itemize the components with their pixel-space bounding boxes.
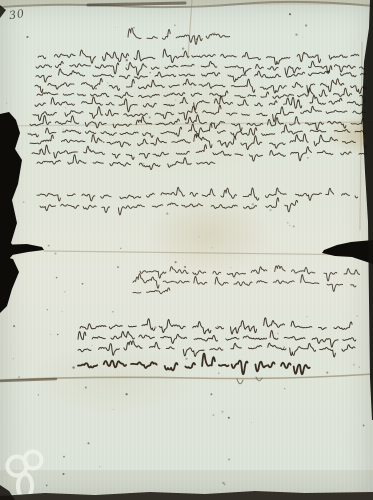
crease-layer: [0, 0, 373, 384]
text-block-paragraph-fourth: [78, 318, 357, 357]
text-block-paragraph-second: [37, 187, 358, 215]
damage-layer: [0, 0, 373, 500]
char-left-crack: [0, 244, 44, 255]
text-block-paragraph-main: [28, 49, 367, 169]
scan-edge-right: [362, 0, 373, 420]
text-block-heading: [128, 28, 230, 44]
manuscript-scan: 30: [0, 0, 373, 500]
text-block-paragraph-third: [133, 266, 360, 294]
handwriting-layer: [28, 28, 367, 374]
char-right-splat: [322, 240, 373, 264]
manuscript-artwork-layer: [0, 0, 373, 500]
tint-layer: [0, 0, 373, 494]
folio-number: 30: [8, 7, 26, 22]
text-block-signature: [78, 354, 310, 375]
char-left-lower: [0, 256, 19, 313]
